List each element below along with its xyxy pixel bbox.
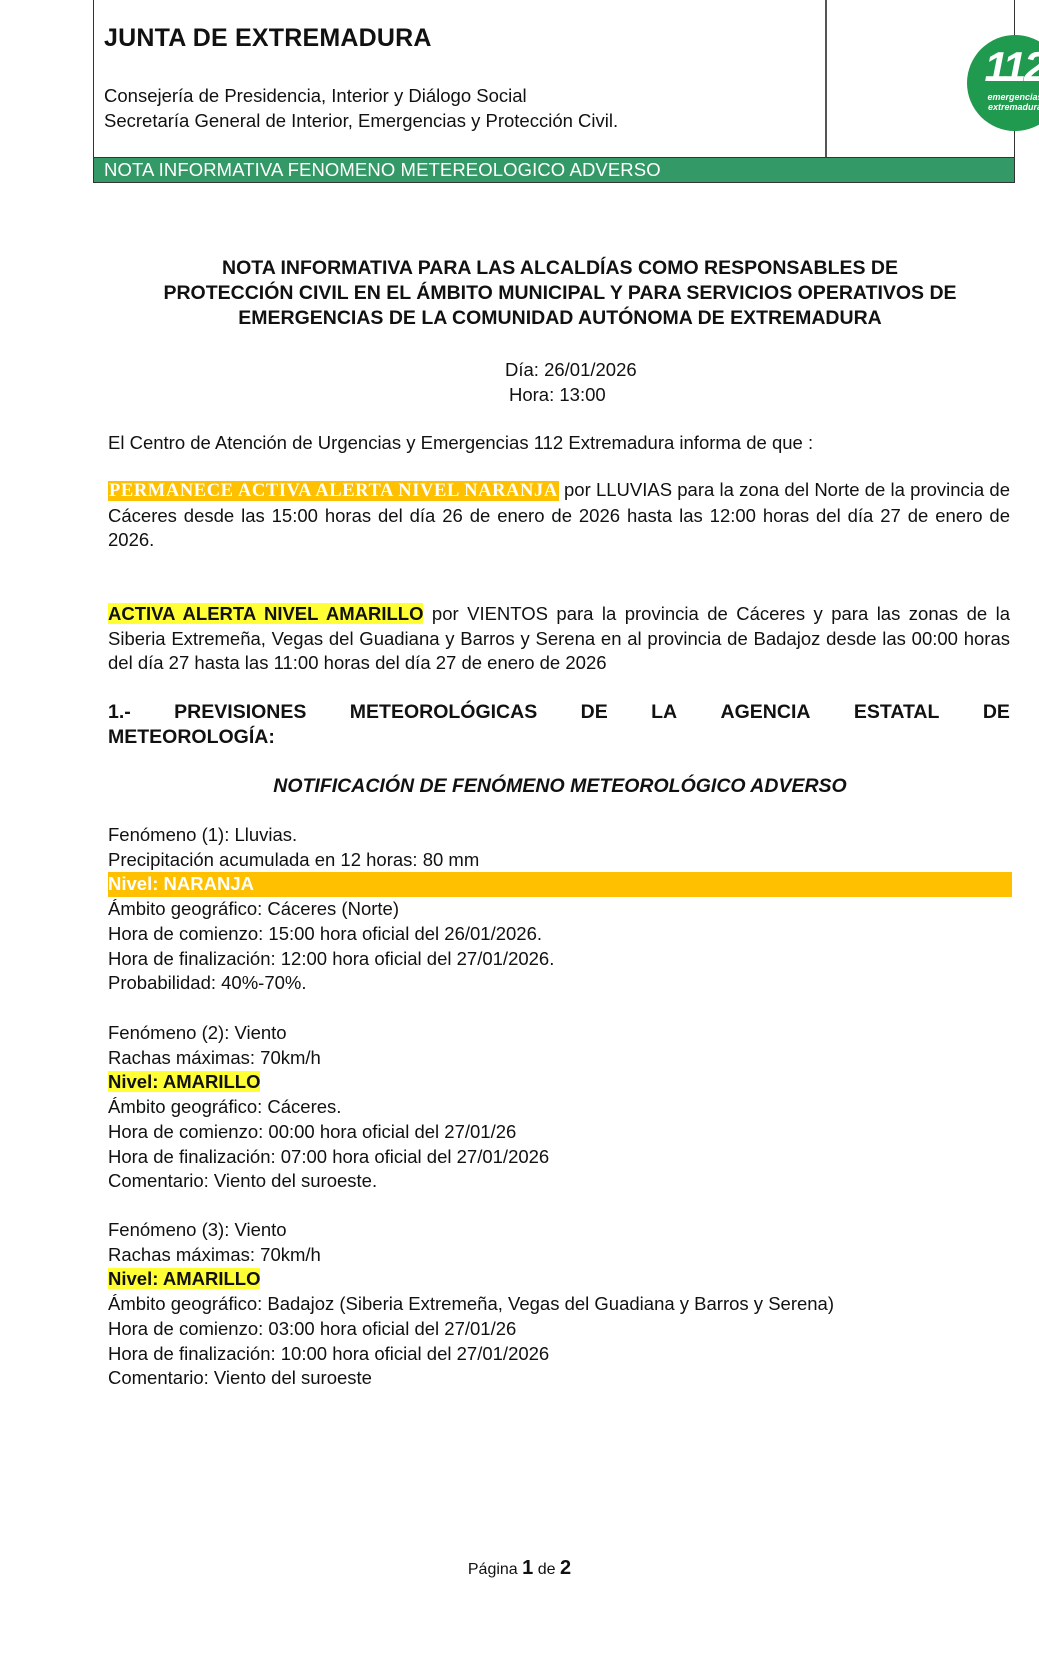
phenomenon-line: Precipitación acumulada en 12 horas: 80 …	[108, 848, 1012, 873]
phenomenon-1: Fenómeno (1): Lluvias. Precipitación acu…	[108, 823, 1012, 996]
phenomenon-line: Probabilidad: 40%-70%.	[108, 971, 1012, 996]
intro-paragraph: El Centro de Atención de Urgencias y Eme…	[108, 431, 1010, 456]
phenomenon-line: Hora de comienzo: 15:00 hora oficial del…	[108, 922, 1012, 947]
level-yellow-text: Nivel: AMARILLO	[108, 1268, 260, 1289]
department-line: Consejería de Presidencia, Interior y Di…	[104, 83, 618, 108]
header-band-text: NOTA INFORMATIVA FENOMENO METEREOLOGICO …	[104, 159, 661, 181]
page-total: 2	[560, 1557, 571, 1579]
level-orange-badge: Nivel: NARANJA	[108, 872, 1012, 897]
phenomenon-line: Comentario: Viento del suroeste.	[108, 1169, 1012, 1194]
phenomenon-line: Hora de finalización: 10:00 hora oficial…	[108, 1342, 1012, 1367]
department-line: Secretaría General de Interior, Emergenc…	[104, 108, 618, 133]
phenomenon-line: Hora de comienzo: 00:00 hora oficial del…	[108, 1120, 1012, 1145]
logo-number: 112	[967, 45, 1039, 89]
phenomenon-line: Fenómeno (1): Lluvias.	[108, 823, 1012, 848]
emergencias-112-logo-icon: 112 emergencias extremadura	[967, 35, 1039, 131]
phenomenon-2: Fenómeno (2): Viento Rachas máximas: 70k…	[108, 1021, 1012, 1194]
page-footer: Página 1 de 2	[0, 1557, 1039, 1580]
section-heading-word: ESTATAL	[854, 700, 940, 725]
phenomenon-line: Rachas máximas: 70km/h	[108, 1243, 1012, 1268]
notification-subtitle: NOTIFICACIÓN DE FENÓMENO METEOROLÓGICO A…	[105, 775, 1015, 798]
section-heading-word: DE	[581, 700, 608, 725]
header-band: NOTA INFORMATIVA FENOMENO METEREOLOGICO …	[94, 157, 1014, 182]
logo-caption: emergencias extremadura	[967, 92, 1039, 112]
page-current: 1	[522, 1557, 533, 1579]
orange-alert-paragraph: PERMANECE ACTIVA ALERTA NIVEL NARANJA po…	[108, 478, 1010, 553]
title-line: NOTA INFORMATIVA PARA LAS ALCALDÍAS COMO…	[105, 256, 1015, 281]
phenomenon-line: Ámbito geográfico: Cáceres (Norte)	[108, 897, 1012, 922]
section-heading: 1.-PREVISIONESMETEOROLÓGICASDELAAGENCIAE…	[108, 700, 1010, 750]
org-name: JUNTA DE EXTREMADURA	[104, 24, 432, 53]
orange-alert-highlight: PERMANECE ACTIVA ALERTA NIVEL NARANJA	[108, 481, 559, 501]
document-title: NOTA INFORMATIVA PARA LAS ALCALDÍAS COMO…	[105, 256, 1015, 331]
page-label: Página	[468, 1561, 518, 1578]
title-line: PROTECCIÓN CIVIL EN EL ÁMBITO MUNICIPAL …	[105, 281, 1015, 306]
section-heading-word: LA	[651, 700, 677, 725]
section-heading-word: DE	[983, 700, 1010, 725]
phenomenon-line: Rachas máximas: 70km/h	[108, 1046, 1012, 1071]
department-lines: Consejería de Presidencia, Interior y Di…	[104, 83, 618, 133]
document-page: JUNTA DE EXTREMADURA Consejería de Presi…	[0, 0, 1039, 1668]
title-line: EMERGENCIAS DE LA COMUNIDAD AUTÓNOMA DE …	[105, 306, 1015, 331]
phenomenon-line: Ámbito geográfico: Badajoz (Siberia Extr…	[108, 1292, 1012, 1317]
phenomenon-line: Fenómeno (2): Viento	[108, 1021, 1012, 1046]
phenomenon-line: Ámbito geográfico: Cáceres.	[108, 1095, 1012, 1120]
phenomenon-line: Hora de comienzo: 03:00 hora oficial del…	[108, 1317, 1012, 1342]
phenomenon-line: Comentario: Viento del suroeste	[108, 1366, 1012, 1391]
section-heading-line2: METEOROLOGÍA:	[108, 725, 1010, 750]
yellow-alert-highlight: ACTIVA ALERTA NIVEL AMARILLO	[108, 603, 423, 624]
phenomenon-line: Fenómeno (3): Viento	[108, 1218, 1012, 1243]
phenomenon-line: Hora de finalización: 07:00 hora oficial…	[108, 1145, 1012, 1170]
logo-line2: extremadura	[967, 102, 1039, 112]
page-sep: de	[538, 1561, 556, 1578]
yellow-alert-paragraph: ACTIVA ALERTA NIVEL AMARILLO por VIENTOS…	[108, 602, 1010, 676]
level-yellow-badge: Nivel: AMARILLO	[108, 1267, 1012, 1292]
section-heading-word: 1.-	[108, 700, 131, 725]
phenomenon-3: Fenómeno (3): Viento Rachas máximas: 70k…	[108, 1218, 1012, 1391]
header-divider	[825, 0, 827, 157]
time-text: Hora: 13:00	[505, 382, 637, 407]
level-yellow-badge: Nivel: AMARILLO	[108, 1070, 1012, 1095]
document-header: JUNTA DE EXTREMADURA Consejería de Presi…	[93, 0, 1015, 183]
section-heading-line1: 1.-PREVISIONESMETEOROLÓGICASDELAAGENCIAE…	[108, 700, 1010, 725]
level-yellow-text: Nivel: AMARILLO	[108, 1071, 260, 1092]
phenomenon-line: Hora de finalización: 12:00 hora oficial…	[108, 947, 1012, 972]
section-heading-word: PREVISIONES	[174, 700, 306, 725]
section-heading-word: METEOROLÓGICAS	[350, 700, 537, 725]
date-time-block: Día: 26/01/2026 Hora: 13:00	[505, 357, 637, 407]
section-heading-word: AGENCIA	[721, 700, 811, 725]
logo-line1: emergencias	[967, 92, 1039, 102]
date-text: Día: 26/01/2026	[505, 357, 637, 382]
